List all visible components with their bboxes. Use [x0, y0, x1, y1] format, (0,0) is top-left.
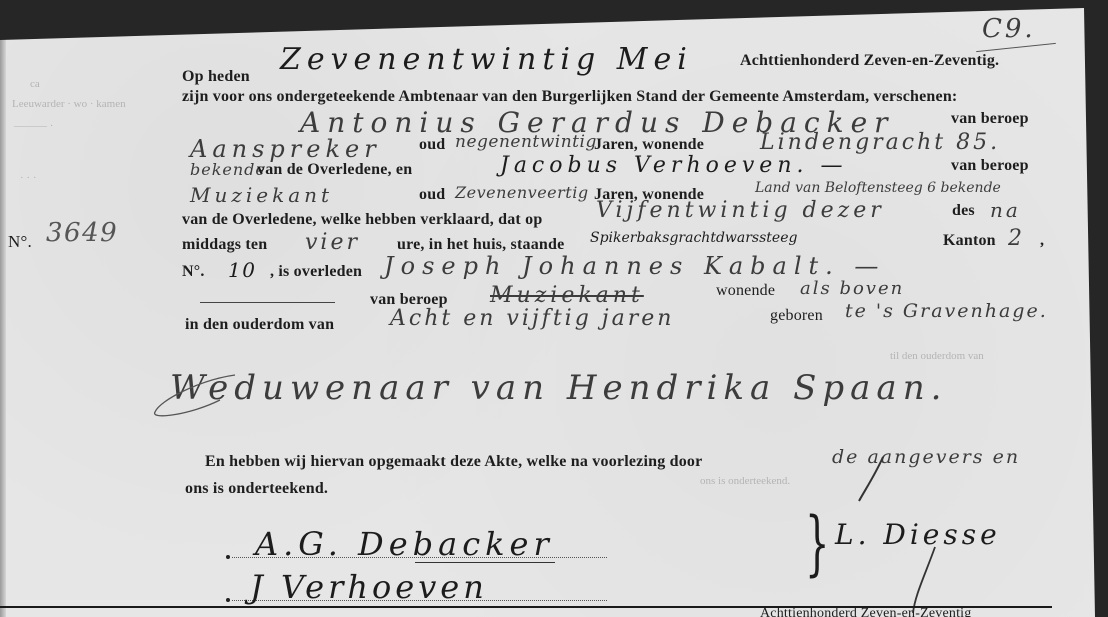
handwritten-declarant1-age: negenentwintig: [455, 132, 597, 152]
handwritten-declarant1-occupation: Aanspreker: [190, 135, 381, 163]
signature-bullet: [226, 598, 230, 602]
handwritten-declarant2-name: Jacobus Verhoeven. —: [500, 153, 847, 178]
text-jaren-wonende-1: Jaren, wonende: [594, 136, 704, 154]
handwritten-date: Zevenentwintig Mei: [280, 42, 693, 77]
signature-declarant1: A.G. Debacker: [255, 525, 554, 563]
handwritten-birthplace: te 's Gravenhage.: [845, 300, 1048, 322]
document-page: ca Leeuwarder · wo · kamen ——— · · · · t…: [0, 0, 1108, 617]
handwritten-aangevers: de aangevers en: [832, 446, 1020, 468]
signature-official: L. Diesse: [835, 518, 1001, 551]
text-des: des: [952, 202, 975, 220]
handwritten-hour: vier: [305, 230, 360, 255]
text-onderteekend: ons is onderteekend.: [185, 480, 328, 498]
text-van-de-overledene-1: van de Overledene, en: [257, 161, 412, 179]
handwritten-note-widower: Weduwenaar van Hendrika Spaan.: [170, 368, 947, 408]
bleed-through-text: Leeuwarder · wo · kamen: [12, 98, 126, 110]
text-middags-ten: middags ten: [182, 236, 267, 254]
text-op-heden: Op heden: [182, 68, 250, 86]
handwritten-deceased-name: Joseph Johannes Kabalt. —: [384, 252, 885, 280]
handwritten-declarant1-address: Lindengracht 85.: [760, 130, 1000, 155]
text-ouderdom: in den ouderdom van: [185, 316, 334, 334]
text-is-overleden: , is overleden: [270, 263, 362, 281]
record-number-label: N°.: [8, 232, 32, 252]
text-geboren: geboren: [770, 307, 823, 325]
handwritten-kanton-number: 2: [1008, 226, 1024, 251]
text-preamble: zijn voor ons ondergeteekende Ambtenaar …: [182, 88, 957, 106]
page-mark: C9.: [982, 14, 1036, 44]
flourish-stroke: [895, 545, 945, 615]
handwritten-declarant1-relation: bekende: [190, 160, 266, 179]
signature-declarant2: J Verhoeven: [250, 568, 488, 606]
handwritten-death-day: Vijfentwintig dezer: [596, 198, 885, 223]
handwritten-declarant2-address: Land van Beloftensteeg 6 bekende: [755, 180, 1001, 196]
text-wonende: wonende: [716, 282, 775, 300]
handwritten-declarant2-occupation: Muziekant: [190, 183, 333, 207]
bleed-through-text: til den ouderdom van: [890, 350, 984, 362]
signature-brace: }: [805, 508, 830, 578]
signature-underline: [415, 562, 555, 563]
handwritten-residence: als boven: [800, 278, 904, 299]
handwritten-deceased-age: Acht en vijftig jaren: [390, 306, 674, 331]
text-comma: ,: [1040, 232, 1044, 250]
record-number: 3649: [46, 218, 118, 248]
text-verklaard: van de Overledene, welke hebben verklaar…: [182, 211, 542, 229]
text-kanton: Kanton: [943, 232, 996, 250]
page-edge-shadow: [0, 35, 6, 617]
handwritten-deceased-occupation: Muziekant: [490, 283, 644, 308]
signature-bullet: [226, 555, 230, 559]
bleed-through-text: ons is onderteekend.: [700, 475, 790, 487]
handwritten-na: na: [990, 198, 1021, 222]
text-oud-2: oud: [419, 186, 445, 204]
text-oud-1: oud: [419, 136, 445, 154]
handwritten-house-number: 10: [228, 258, 256, 282]
text-van-beroep-2: van beroep: [951, 157, 1029, 175]
next-record-partial-text: Achttienhonderd Zeven-en-Zeventig: [760, 606, 971, 617]
bleed-through-text: ——— ·: [14, 120, 53, 132]
page-mark-underline: [976, 43, 1056, 52]
handwritten-declarant2-age: Zevenenveertig: [455, 183, 589, 202]
handwritten-street: Spikerbaksgrachtdwarssteeg: [590, 230, 797, 246]
text-van-beroep-1: van beroep: [951, 110, 1029, 128]
text-year: Achttienhonderd Zeven-en-Zeventig.: [740, 52, 999, 70]
bleed-through-text: ca: [30, 78, 40, 90]
text-opgemaakt: En hebben wij hiervan opgemaakt deze Akt…: [205, 453, 702, 471]
bleed-through-text: · · ·: [20, 172, 37, 184]
blank-line: [200, 302, 335, 303]
text-no: N°.: [182, 263, 205, 281]
